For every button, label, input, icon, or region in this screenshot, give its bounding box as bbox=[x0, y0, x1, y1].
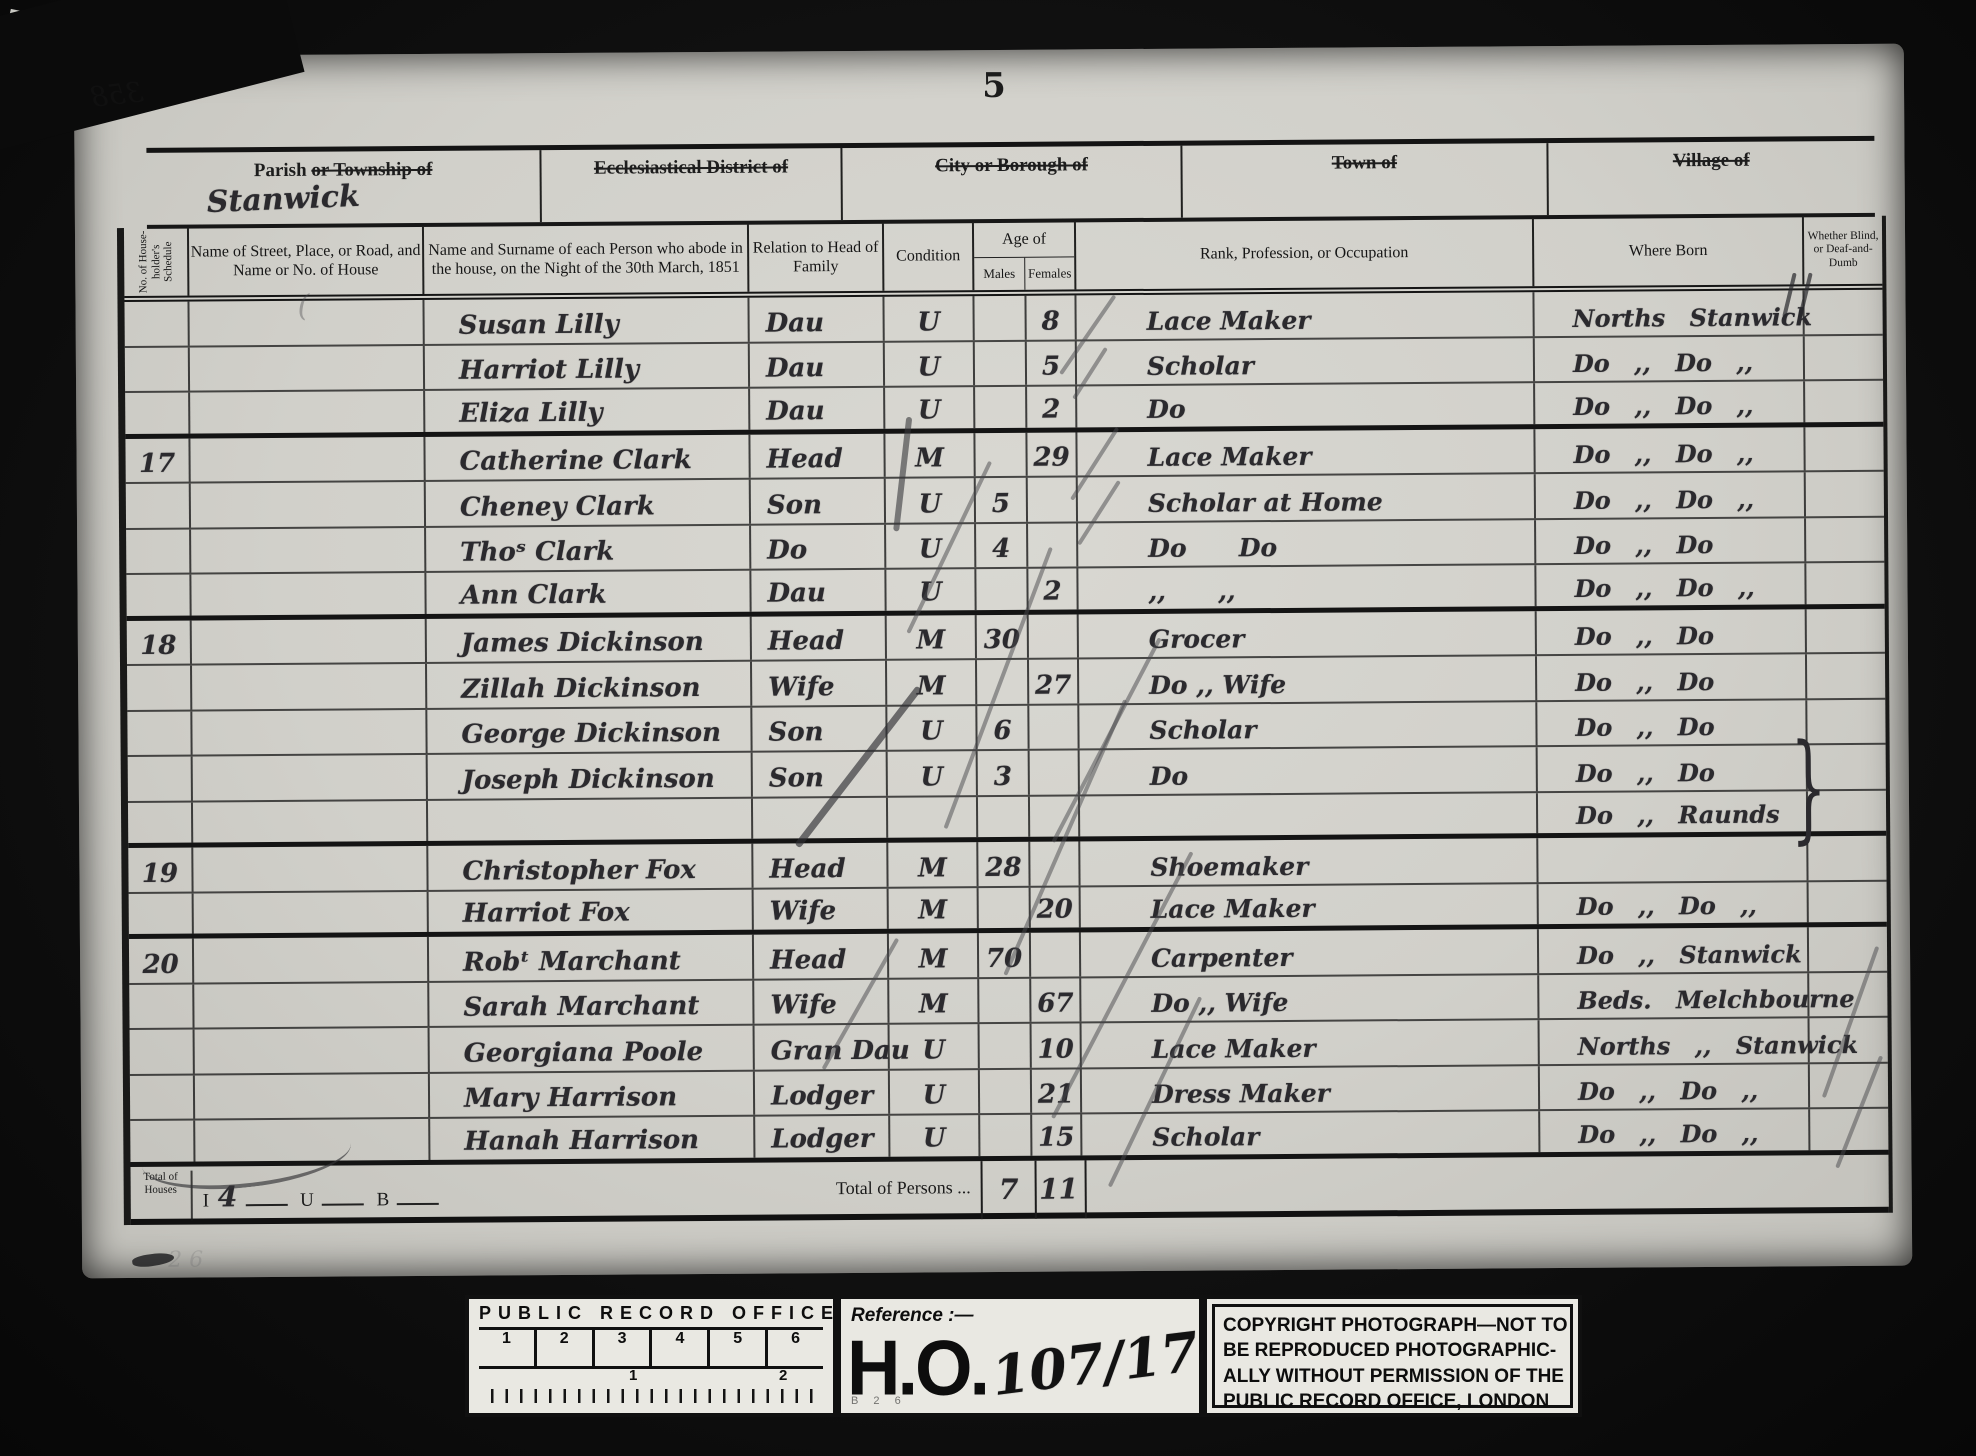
cell-age-f bbox=[1028, 523, 1078, 567]
cell-condition: M bbox=[885, 433, 975, 477]
column-header-row: No. of House-holder's Schedule Name of S… bbox=[124, 216, 1882, 302]
cell-street bbox=[192, 709, 427, 754]
cell-age-f: 2 bbox=[1027, 386, 1077, 427]
cell-name: Susan Lilly bbox=[424, 298, 749, 344]
cell-street bbox=[195, 1028, 430, 1073]
cell-street bbox=[195, 1073, 430, 1118]
cell-relation: Lodger bbox=[755, 1070, 890, 1114]
cell-name: George Dickinson bbox=[427, 707, 752, 753]
page-number: 5 bbox=[954, 66, 1034, 107]
cell-relation: Do bbox=[751, 524, 886, 568]
cell-where-born: Do ,, Do ,, bbox=[1536, 563, 1806, 605]
cell-schedule bbox=[130, 1075, 195, 1119]
cell-where-born: Do ,, Do bbox=[1537, 700, 1807, 745]
males-label: Males bbox=[974, 258, 1025, 290]
parish-label: Parish bbox=[254, 160, 307, 182]
parish-cell: Parish or Township of Stanwick bbox=[146, 150, 542, 225]
cell-occupation: Lace Maker bbox=[1077, 429, 1535, 476]
cell-age-m: 4 bbox=[976, 523, 1028, 567]
cell-street bbox=[193, 800, 428, 842]
cell-blind bbox=[1807, 654, 1885, 698]
cell-occupation: Do Do bbox=[1078, 520, 1536, 567]
cell-condition: U bbox=[886, 569, 976, 610]
cell-name: Catherine Clark bbox=[425, 434, 750, 480]
cell-where-born: Do ,, Do ,, bbox=[1539, 882, 1809, 924]
cell-where-born: Do ,, Do ,, bbox=[1535, 427, 1805, 472]
cell-schedule bbox=[124, 302, 189, 346]
cell-condition: M bbox=[888, 842, 978, 886]
cell-relation: Lodger bbox=[755, 1116, 890, 1157]
cell-occupation: Scholar bbox=[1082, 1111, 1540, 1155]
paren-mark: ( bbox=[297, 289, 309, 324]
cell-blind bbox=[1806, 563, 1884, 604]
whereborn-column-header: Where Born bbox=[1534, 216, 1804, 286]
cell-occupation: Do bbox=[1077, 383, 1535, 427]
cell-condition: M bbox=[889, 888, 979, 929]
cell-schedule: 18 bbox=[127, 620, 192, 664]
cell-blind bbox=[1806, 472, 1884, 516]
cell-schedule: 20 bbox=[129, 939, 194, 983]
cell-where-born: Do ,, Do ,, bbox=[1540, 1064, 1810, 1109]
uninhabited-label: U bbox=[300, 1189, 316, 1210]
cell-schedule bbox=[125, 347, 190, 391]
cell-age-m: 5 bbox=[976, 478, 1028, 522]
census-table: No. of House-holder's Schedule Name of S… bbox=[117, 216, 1893, 1225]
cm-scale-number: 6 bbox=[768, 1330, 823, 1366]
building-label: B bbox=[376, 1189, 391, 1210]
cell-relation: Son bbox=[751, 479, 886, 523]
totals-row: Total of Houses I 4 U B Total of Persons… bbox=[131, 1154, 1889, 1224]
cell-age-f: 29 bbox=[1027, 432, 1077, 476]
cell-age-f bbox=[1029, 614, 1079, 658]
street-column-header: Name of Street, Place, or Road, and Name… bbox=[189, 226, 424, 296]
total-persons-label: Total of Persons ... bbox=[671, 1177, 971, 1200]
city-borough-label: City or Borough of bbox=[842, 146, 1183, 220]
cell-age-m bbox=[974, 296, 1026, 340]
cell-name: Hanah Harrison bbox=[430, 1117, 755, 1160]
cell-name: Robᵗ Marchant bbox=[429, 935, 754, 981]
cell-street bbox=[194, 982, 429, 1027]
table-body: Susan LillyDauU8Lace MakerNorths Stanwic… bbox=[124, 290, 1888, 1167]
schedule-column-header: No. of House-holder's Schedule bbox=[124, 228, 189, 296]
cell-condition: U bbox=[890, 1070, 980, 1114]
cell-condition: U bbox=[885, 387, 975, 428]
cell-name: Christopher Fox bbox=[428, 844, 753, 890]
total-females: 11 bbox=[1039, 1172, 1078, 1205]
cell-street bbox=[194, 891, 429, 933]
pro-ruler-box: PUBLIC RECORD OFFICE 1 2 3 4 5 6 1 2 bbox=[465, 1295, 837, 1417]
cell-age-f bbox=[1030, 750, 1080, 794]
cell-name: James Dickinson bbox=[427, 616, 752, 662]
cell-where-born: Do ,, Do ,, bbox=[1535, 381, 1805, 423]
cell-schedule bbox=[128, 802, 193, 843]
cell-condition: U bbox=[890, 1115, 980, 1156]
cell-schedule bbox=[125, 393, 190, 434]
cell-name: Joseph Dickinson bbox=[428, 753, 753, 799]
cell-age-f: 10 bbox=[1032, 1023, 1082, 1067]
cell-name: Harriot Fox bbox=[429, 889, 754, 932]
total-males: 7 bbox=[999, 1173, 1019, 1206]
cell-age-m bbox=[979, 887, 1031, 928]
cm-scale-number: 5 bbox=[710, 1330, 768, 1366]
cell-name: Zillah Dickinson bbox=[427, 662, 752, 708]
cell-relation: Head bbox=[753, 843, 888, 887]
cell-where-born: Do ,, Do bbox=[1537, 654, 1807, 699]
cell-schedule bbox=[127, 711, 192, 755]
cell-condition: M bbox=[889, 979, 979, 1023]
cell-occupation: Do bbox=[1080, 747, 1538, 794]
cm-scale-number: 3 bbox=[595, 1330, 653, 1366]
cell-name: Sarah Marchant bbox=[429, 980, 754, 1026]
copyright-line: COPYRIGHT PHOTOGRAPH—NOT TO bbox=[1223, 1313, 1562, 1338]
cell-relation: Son bbox=[752, 706, 887, 750]
cell-relation: Wife bbox=[754, 888, 889, 929]
photo-corner-shadow bbox=[0, 0, 305, 156]
cell-name: Georgiana Poole bbox=[430, 1026, 755, 1072]
cell-where-born: Do ,, Do bbox=[1537, 609, 1807, 654]
cell-occupation: Scholar bbox=[1079, 702, 1537, 749]
cell-blind bbox=[1809, 972, 1887, 1016]
cell-age-m bbox=[976, 569, 1028, 610]
cm-scale-number: 1 bbox=[479, 1330, 537, 1366]
cell-blind bbox=[1804, 290, 1882, 334]
cell-where-born: Do ,, Do bbox=[1538, 745, 1808, 790]
cell-occupation: Shoemaker bbox=[1080, 838, 1538, 885]
cell-schedule bbox=[126, 529, 191, 573]
cell-where-born: Norths Stanwick bbox=[1534, 290, 1804, 335]
cell-blind bbox=[1805, 335, 1883, 379]
cell-schedule bbox=[130, 1030, 195, 1074]
cell-street bbox=[192, 664, 427, 709]
cell-relation: Head bbox=[754, 934, 889, 978]
cm-scale-number: 2 bbox=[537, 1330, 595, 1366]
cell-occupation: Scholar bbox=[1077, 338, 1535, 385]
cell-blind bbox=[1809, 881, 1887, 922]
census-photograph: 358 5 Parish or Township of Stanwick Ecc… bbox=[0, 0, 1976, 1456]
reference-box: Reference :— H.O. 107/1745 B 2 6 bbox=[837, 1295, 1203, 1417]
cell-occupation bbox=[1080, 793, 1538, 837]
cell-relation: Dau bbox=[750, 342, 885, 386]
cell-occupation: Grocer bbox=[1079, 611, 1537, 658]
cell-age-f: 67 bbox=[1031, 978, 1081, 1022]
cell-age-f: 15 bbox=[1032, 1114, 1082, 1155]
parish-value: Stanwick bbox=[206, 179, 360, 220]
inch-scale-number: 1 bbox=[629, 1367, 637, 1384]
cell-street bbox=[190, 345, 425, 390]
cell-where-born: Do ,, Do ,, bbox=[1535, 336, 1805, 381]
cell-where-born: Do ,, Stanwick bbox=[1539, 927, 1809, 972]
pencil-folio-number: 358 bbox=[88, 75, 145, 114]
pencil-note: 2 6 bbox=[168, 1248, 203, 1273]
cell-schedule: 17 bbox=[125, 438, 190, 482]
cell-occupation: Scholar at Home bbox=[1078, 474, 1536, 521]
location-header: Parish or Township of Stanwick Ecclesias… bbox=[146, 136, 1875, 229]
cell-occupation: Do ,, Wife bbox=[1081, 975, 1539, 1022]
cell-occupation: Lace Maker bbox=[1076, 292, 1534, 339]
census-page: 358 5 Parish or Township of Stanwick Ecc… bbox=[74, 44, 1912, 1279]
cell-age-f bbox=[1031, 932, 1081, 976]
cell-where-born: Beds. Melchbourne bbox=[1539, 973, 1809, 1018]
brace-mark: } bbox=[1790, 720, 1827, 857]
cell-age-m bbox=[978, 796, 1030, 837]
cell-occupation: ,, ,, bbox=[1078, 565, 1536, 609]
cell-street bbox=[193, 846, 428, 891]
cell-occupation: Lace Maker bbox=[1082, 1020, 1540, 1067]
cell-age-m bbox=[979, 978, 1031, 1022]
pro-inch-scale: 1 2 bbox=[479, 1369, 823, 1403]
cell-name: Thoˢ Clark bbox=[426, 525, 751, 571]
cell-relation: Dau bbox=[750, 388, 885, 429]
cell-occupation: Lace Maker bbox=[1081, 884, 1539, 928]
cell-age-m bbox=[975, 387, 1027, 428]
cell-age-m bbox=[975, 341, 1027, 385]
cell-where-born: Do ,, Do bbox=[1536, 518, 1806, 563]
cell-condition: M bbox=[887, 615, 977, 659]
cell-where-born: Do ,, Do ,, bbox=[1540, 1109, 1810, 1151]
inhabited-label: I bbox=[203, 1190, 211, 1211]
cell-condition: U bbox=[886, 524, 976, 568]
cell-name: Mary Harrison bbox=[430, 1071, 755, 1117]
cell-condition: M bbox=[887, 660, 977, 704]
cell-age-m bbox=[980, 1115, 1032, 1156]
relation-column-header: Relation to Head of Family bbox=[749, 223, 884, 292]
copyright-line: BE REPRODUCED PHOTOGRAPHIC- bbox=[1223, 1338, 1562, 1363]
village-label: Village of bbox=[1548, 141, 1875, 215]
cell-age-f bbox=[1029, 705, 1079, 749]
cell-where-born: Do ,, Raunds bbox=[1538, 791, 1808, 833]
age-of-label: Age of bbox=[974, 221, 1074, 258]
cell-street bbox=[191, 573, 426, 615]
cell-blind bbox=[1806, 517, 1884, 561]
cell-relation: Gran Dau bbox=[755, 1025, 890, 1069]
cell-condition: U bbox=[885, 342, 975, 386]
cell-condition: U bbox=[890, 1024, 980, 1068]
ecclesiastical-label: Ecclesiastical District of bbox=[542, 148, 843, 222]
condition-column-header: Condition bbox=[884, 222, 974, 291]
cell-age-f: 8 bbox=[1026, 295, 1076, 339]
name-column-header: Name and Surname of each Person who abod… bbox=[424, 224, 749, 294]
females-label: Females bbox=[1025, 257, 1074, 289]
inch-scale-number: 2 bbox=[779, 1367, 787, 1384]
pro-office-title: PUBLIC RECORD OFFICE bbox=[479, 1303, 823, 1324]
cell-schedule bbox=[128, 757, 193, 801]
cell-name: Cheney Clark bbox=[426, 480, 751, 526]
cell-street bbox=[190, 436, 425, 481]
cell-name: Ann Clark bbox=[426, 571, 751, 614]
blind-column-header: Whether Blind, or Deaf-and-Dumb bbox=[1804, 216, 1882, 285]
cell-relation: Head bbox=[752, 615, 887, 659]
cell-schedule: 19 bbox=[128, 848, 193, 892]
copyright-line: PUBLIC RECORD OFFICE, LONDON bbox=[1223, 1389, 1562, 1414]
cell-blind bbox=[1807, 608, 1885, 652]
cell-street bbox=[194, 937, 429, 982]
cell-blind bbox=[1805, 381, 1883, 422]
cell-age-m: 28 bbox=[978, 842, 1030, 886]
cm-scale-number: 4 bbox=[652, 1330, 710, 1366]
copyright-box: COPYRIGHT PHOTOGRAPH—NOT TO BE REPRODUCE… bbox=[1203, 1295, 1582, 1417]
cell-relation: Dau bbox=[749, 297, 884, 341]
cell-age-m: 3 bbox=[978, 751, 1030, 795]
cell-relation: Wife bbox=[752, 661, 887, 705]
cell-age-m bbox=[980, 1069, 1032, 1113]
cell-condition: U bbox=[884, 296, 974, 340]
cell-name: Eliza Lilly bbox=[425, 389, 750, 432]
cell-age-m bbox=[980, 1024, 1032, 1068]
age-column-header: Age of Males Females bbox=[974, 221, 1076, 290]
cell-condition: M bbox=[889, 933, 979, 977]
town-label: Town of bbox=[1183, 143, 1549, 218]
copyright-line: ALLY WITHOUT PERMISSION OF THE bbox=[1223, 1364, 1562, 1389]
cell-condition bbox=[888, 797, 978, 838]
cell-schedule bbox=[129, 893, 194, 934]
occupation-column-header: Rank, Profession, or Occupation bbox=[1076, 218, 1534, 289]
cell-street bbox=[190, 391, 425, 433]
pro-stamp-strip: PUBLIC RECORD OFFICE 1 2 3 4 5 6 1 2 Ref… bbox=[465, 1295, 1582, 1417]
pro-cm-scale: 1 2 3 4 5 6 bbox=[479, 1327, 823, 1369]
cell-schedule bbox=[126, 484, 191, 528]
cell-relation: Head bbox=[750, 433, 885, 477]
cell-street bbox=[193, 755, 428, 800]
cell-where-born: Norths ,, Stanwick bbox=[1540, 1018, 1810, 1063]
cell-where-born bbox=[1538, 836, 1808, 881]
cell-schedule bbox=[129, 984, 194, 1028]
reference-small-print: B 2 6 bbox=[851, 1395, 907, 1407]
cell-schedule bbox=[127, 666, 192, 710]
cell-name: Harriot Lilly bbox=[425, 343, 750, 389]
cell-schedule bbox=[126, 575, 191, 616]
cell-age-f: 27 bbox=[1029, 659, 1079, 703]
cell-street bbox=[191, 482, 426, 527]
cell-name bbox=[428, 798, 753, 841]
cell-relation: Dau bbox=[751, 570, 886, 611]
cell-street bbox=[191, 527, 426, 572]
parish-label-struck: or Township of bbox=[311, 159, 432, 182]
cell-where-born: Do ,, Do ,, bbox=[1536, 472, 1806, 517]
cell-street bbox=[192, 618, 427, 663]
cell-blind bbox=[1805, 426, 1883, 470]
